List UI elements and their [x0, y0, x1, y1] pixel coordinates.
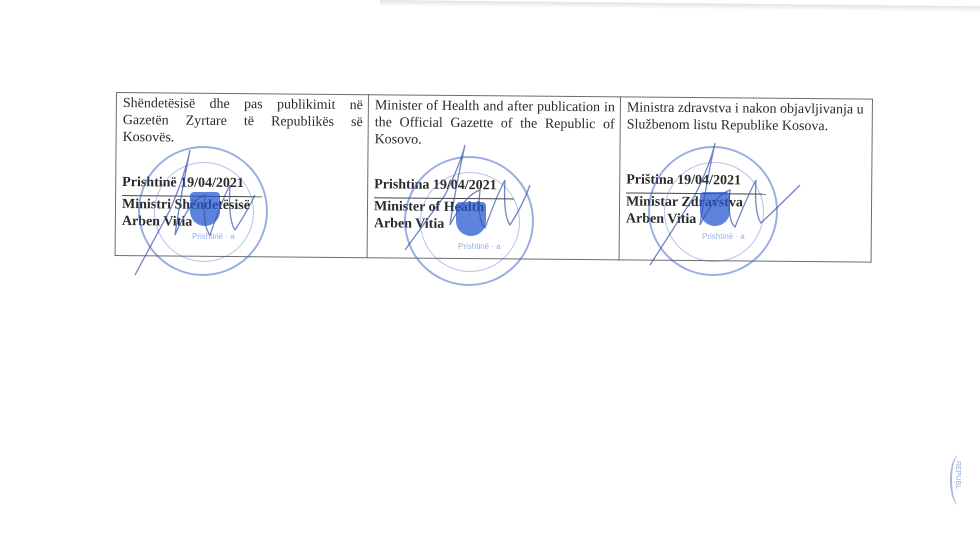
signature-table: Shëndetësisë dhe pas publikimit në Gazet… [115, 92, 873, 263]
signature-cell-albanian: Shëndetësisë dhe pas publikimit në Gazet… [115, 93, 368, 258]
signatory-name: Arben Vitia [122, 213, 362, 232]
margin-stamp-text: REPUBL [954, 461, 961, 489]
place-date: Prishtinë 19/04/2021 [122, 174, 362, 193]
signature-cell-english: Minister of Health and after publication… [367, 95, 620, 260]
signatory-title: Ministri Shëndetësisë [122, 196, 362, 215]
margin-stamp-fragment: REPUBL [950, 455, 968, 505]
signature-row: Shëndetësisë dhe pas publikimit në Gazet… [115, 93, 872, 263]
scan-edge-shadow [380, 0, 980, 12]
closing-text: Shëndetësisë dhe pas publikimit në Gazet… [123, 95, 363, 148]
closing-text: Minister of Health and after publication… [375, 97, 615, 150]
signature-cell-serbian: Ministra zdravstva i nakon objavljivanja… [619, 97, 872, 262]
place-date: Priština 19/04/2021 [626, 171, 866, 190]
place-date: Prishtina 19/04/2021 [374, 176, 614, 195]
signatory-title: Ministar Zdravstva [626, 193, 866, 212]
signatory-title: Minister of Health [374, 198, 614, 217]
signatory-name: Arben Vitia [626, 210, 866, 229]
signatory-name: Arben Vitia [374, 215, 614, 234]
closing-text: Ministra zdravstva i nakon objavljivanja… [627, 99, 867, 135]
